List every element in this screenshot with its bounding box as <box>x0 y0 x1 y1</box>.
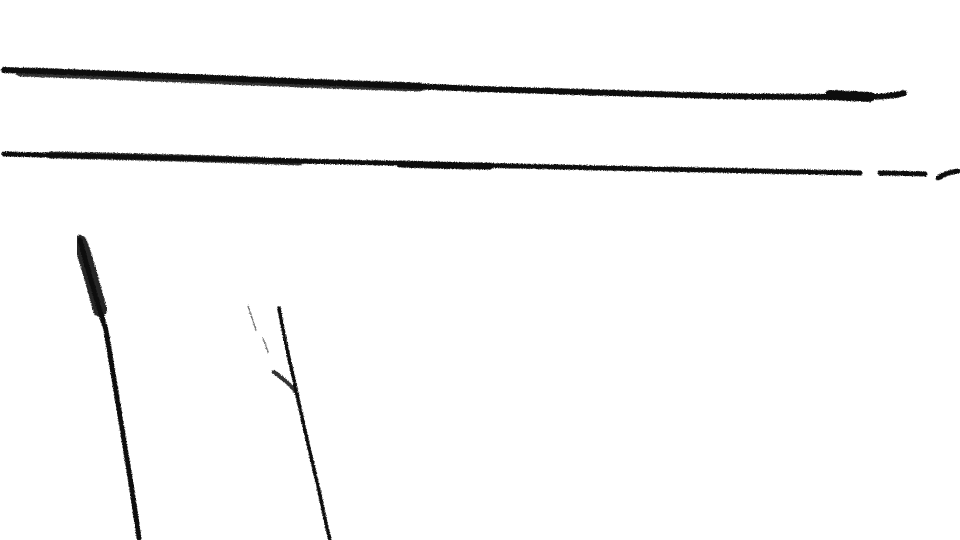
horizontal-stroke-top <box>4 70 904 97</box>
drawing-canvas <box>0 0 960 540</box>
ink-drawing <box>0 0 960 540</box>
horizontal-stroke-middle <box>4 154 958 178</box>
diagonal-stroke-right <box>248 306 330 540</box>
diagonal-stroke-left <box>80 240 139 538</box>
